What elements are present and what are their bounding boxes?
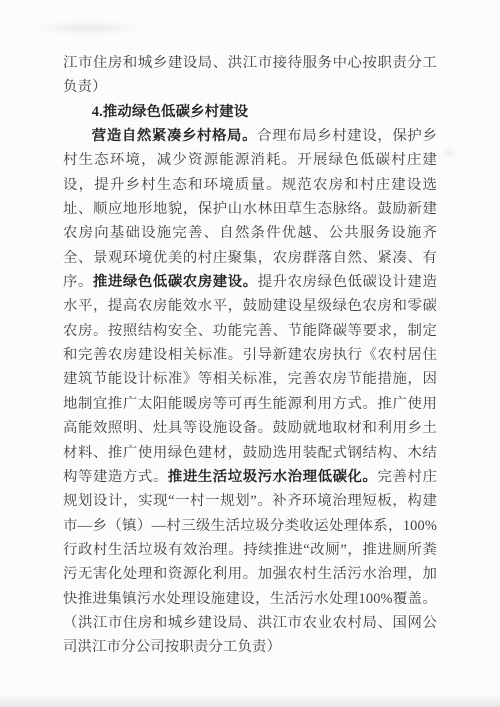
scan-artifact-right [440,148,458,158]
text-run: 完善村庄规划设计，实现“一村一规划”。补齐环境治理短板，构建市—乡（镇）—村三级… [63,469,437,655]
text-run: 合理布局乡村建设，保护乡村生态环境，减少资源能源消耗。开展绿色低碳村庄建设，提升… [63,128,437,290]
scan-artifact-top [28,21,148,35]
document-page: 江市住房和城乡建设局、洪江市接待服务中心按职责分工负责）4.推动绿色低碳乡村建设… [0,0,500,707]
paragraph: 营造自然紧凑乡村格局。合理布局乡村建设，保护乡村生态环境，减少资源能源消耗。开展… [63,124,437,660]
section-heading: 4.推动绿色低碳乡村建设 [63,100,437,124]
paragraph: 江市住房和城乡建设局、洪江市接待服务中心按职责分工负责） [63,51,437,100]
document-text-block: 江市住房和城乡建设局、洪江市接待服务中心按职责分工负责）4.推动绿色低碳乡村建设… [63,51,437,660]
text-run: 江市住房和城乡建设局、洪江市接待服务中心按职责分工负责） [63,55,437,95]
bold-text-run: 推进绿色低碳农房建设。 [93,274,258,290]
scan-shadow-bottom [0,694,500,707]
bold-text-run: 推进生活垃圾污水治理低碳化。 [168,469,378,485]
text-run: 提升农房绿色低碳设计建造水平，提高农房能效水平，鼓励建设星级绿色农房和零碳农房。… [63,274,437,485]
bold-text-run: 营造自然紧凑乡村格局。 [92,128,257,144]
bold-text-run: 4.推动绿色低碳乡村建设 [92,104,249,120]
